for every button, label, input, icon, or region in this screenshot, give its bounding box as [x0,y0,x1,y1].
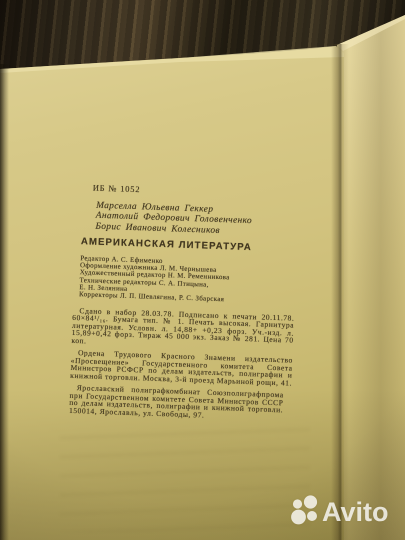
credits-list: Редактор А. С. Ефименко Оформление худож… [79,255,296,305]
book-cover-edge [0,64,9,540]
page-gutter-fold [331,44,349,540]
printer-paragraph: Ярославский полиграфкомбинат Союзполигра… [69,384,284,421]
avito-watermark: Avito [288,493,389,531]
publisher-paragraph: Ордена Трудового Красного Знамени издате… [70,349,293,387]
avito-logo-text: Avito [322,497,389,527]
authors-list: Марселла Юльевна Геккер Анатолий Федоров… [95,201,298,239]
book-photo: ИБ № 1052 Марселла Юльевна Геккер Анатол… [0,0,405,540]
avito-logo-icon [288,493,321,531]
imprint-paragraph: Сдано в набор 28.03.78. Подписано к печа… [71,307,294,352]
colophon-text-block: ИБ № 1052 Марселла Юльевна Геккер Анатол… [69,182,299,427]
ink-showthrough [60,428,310,532]
book-title: АМЕРИКАНСКАЯ ЛИТЕРАТУРА [81,236,297,255]
